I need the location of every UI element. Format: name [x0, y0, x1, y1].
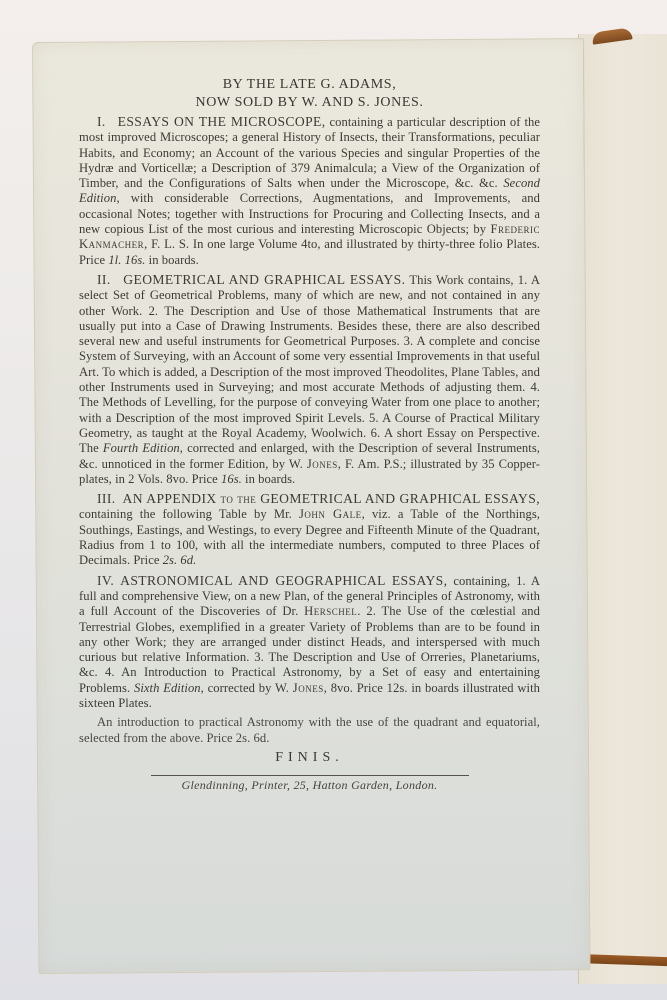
section-title: AN APPENDIX — [123, 491, 217, 506]
price: 1l. 16s. — [108, 253, 145, 267]
edition-label: Sixth Edition — [134, 681, 201, 695]
photo-scene: BY THE LATE G. ADAMS, NOW SOLD BY W. AND… — [0, 0, 667, 1000]
divider-rule — [151, 775, 469, 776]
edition-label: Fourth Edition — [103, 441, 180, 455]
section-number: II. — [97, 272, 111, 287]
section-title-continued: GEOMETRICAL AND GRAPHICAL ESSAYS, — [260, 491, 540, 506]
section-number: I. — [97, 114, 106, 129]
facing-page — [578, 34, 667, 984]
section-body: in boards. — [145, 253, 198, 267]
section-body: , with considerable Corrections, Augment… — [79, 191, 540, 236]
price: 6d. — [180, 553, 196, 567]
section-astronomical: IV. ASTRONOMICAL AND GEOGRAPHICAL ESSAYS… — [79, 573, 540, 712]
heading-line-2: NOW SOLD BY W. AND S. JONES. — [79, 94, 540, 112]
section-body: , corrected by W. — [201, 681, 293, 695]
author-name: Jones — [293, 681, 324, 695]
printer-imprint: Glendinning, Printer, 25, Hatton Garden,… — [79, 778, 540, 793]
section-title: ASTRONOMICAL AND GEOGRAPHICAL ESSAYS, — [120, 573, 447, 588]
page-text: BY THE LATE G. ADAMS, NOW SOLD BY W. AND… — [79, 76, 540, 793]
author-name: Herschel — [304, 604, 357, 618]
price: 16s. — [221, 472, 242, 486]
section-title: GEOMETRICAL AND GRAPHICAL ESSAYS. — [123, 272, 405, 287]
section-title: ESSAYS ON THE MICROSCOPE, — [118, 114, 326, 129]
section-body: This Work contains, 1. A select Set of G… — [79, 273, 540, 455]
author-name: John Gale — [299, 507, 362, 521]
section-number: III. — [97, 491, 116, 506]
section-number: IV. — [97, 573, 114, 588]
section-connector: to the — [217, 492, 261, 506]
section-body: containing the following Table by Mr. — [79, 507, 299, 521]
author-name: Jones — [307, 457, 338, 471]
finis: FINIS. — [79, 750, 540, 765]
section-microscope: I. ESSAYS ON THE MICROSCOPE, containing … — [79, 114, 540, 268]
price: 2s. — [163, 553, 178, 567]
additional-note: An introduction to practical Astronomy w… — [79, 715, 540, 746]
section-appendix: III. AN APPENDIX to the GEOMETRICAL AND … — [79, 491, 540, 568]
section-geometrical: II. GEOMETRICAL AND GRAPHICAL ESSAYS. Th… — [79, 272, 540, 487]
section-body: in boards. — [242, 472, 295, 486]
heading-line-1: BY THE LATE G. ADAMS, — [79, 76, 540, 94]
